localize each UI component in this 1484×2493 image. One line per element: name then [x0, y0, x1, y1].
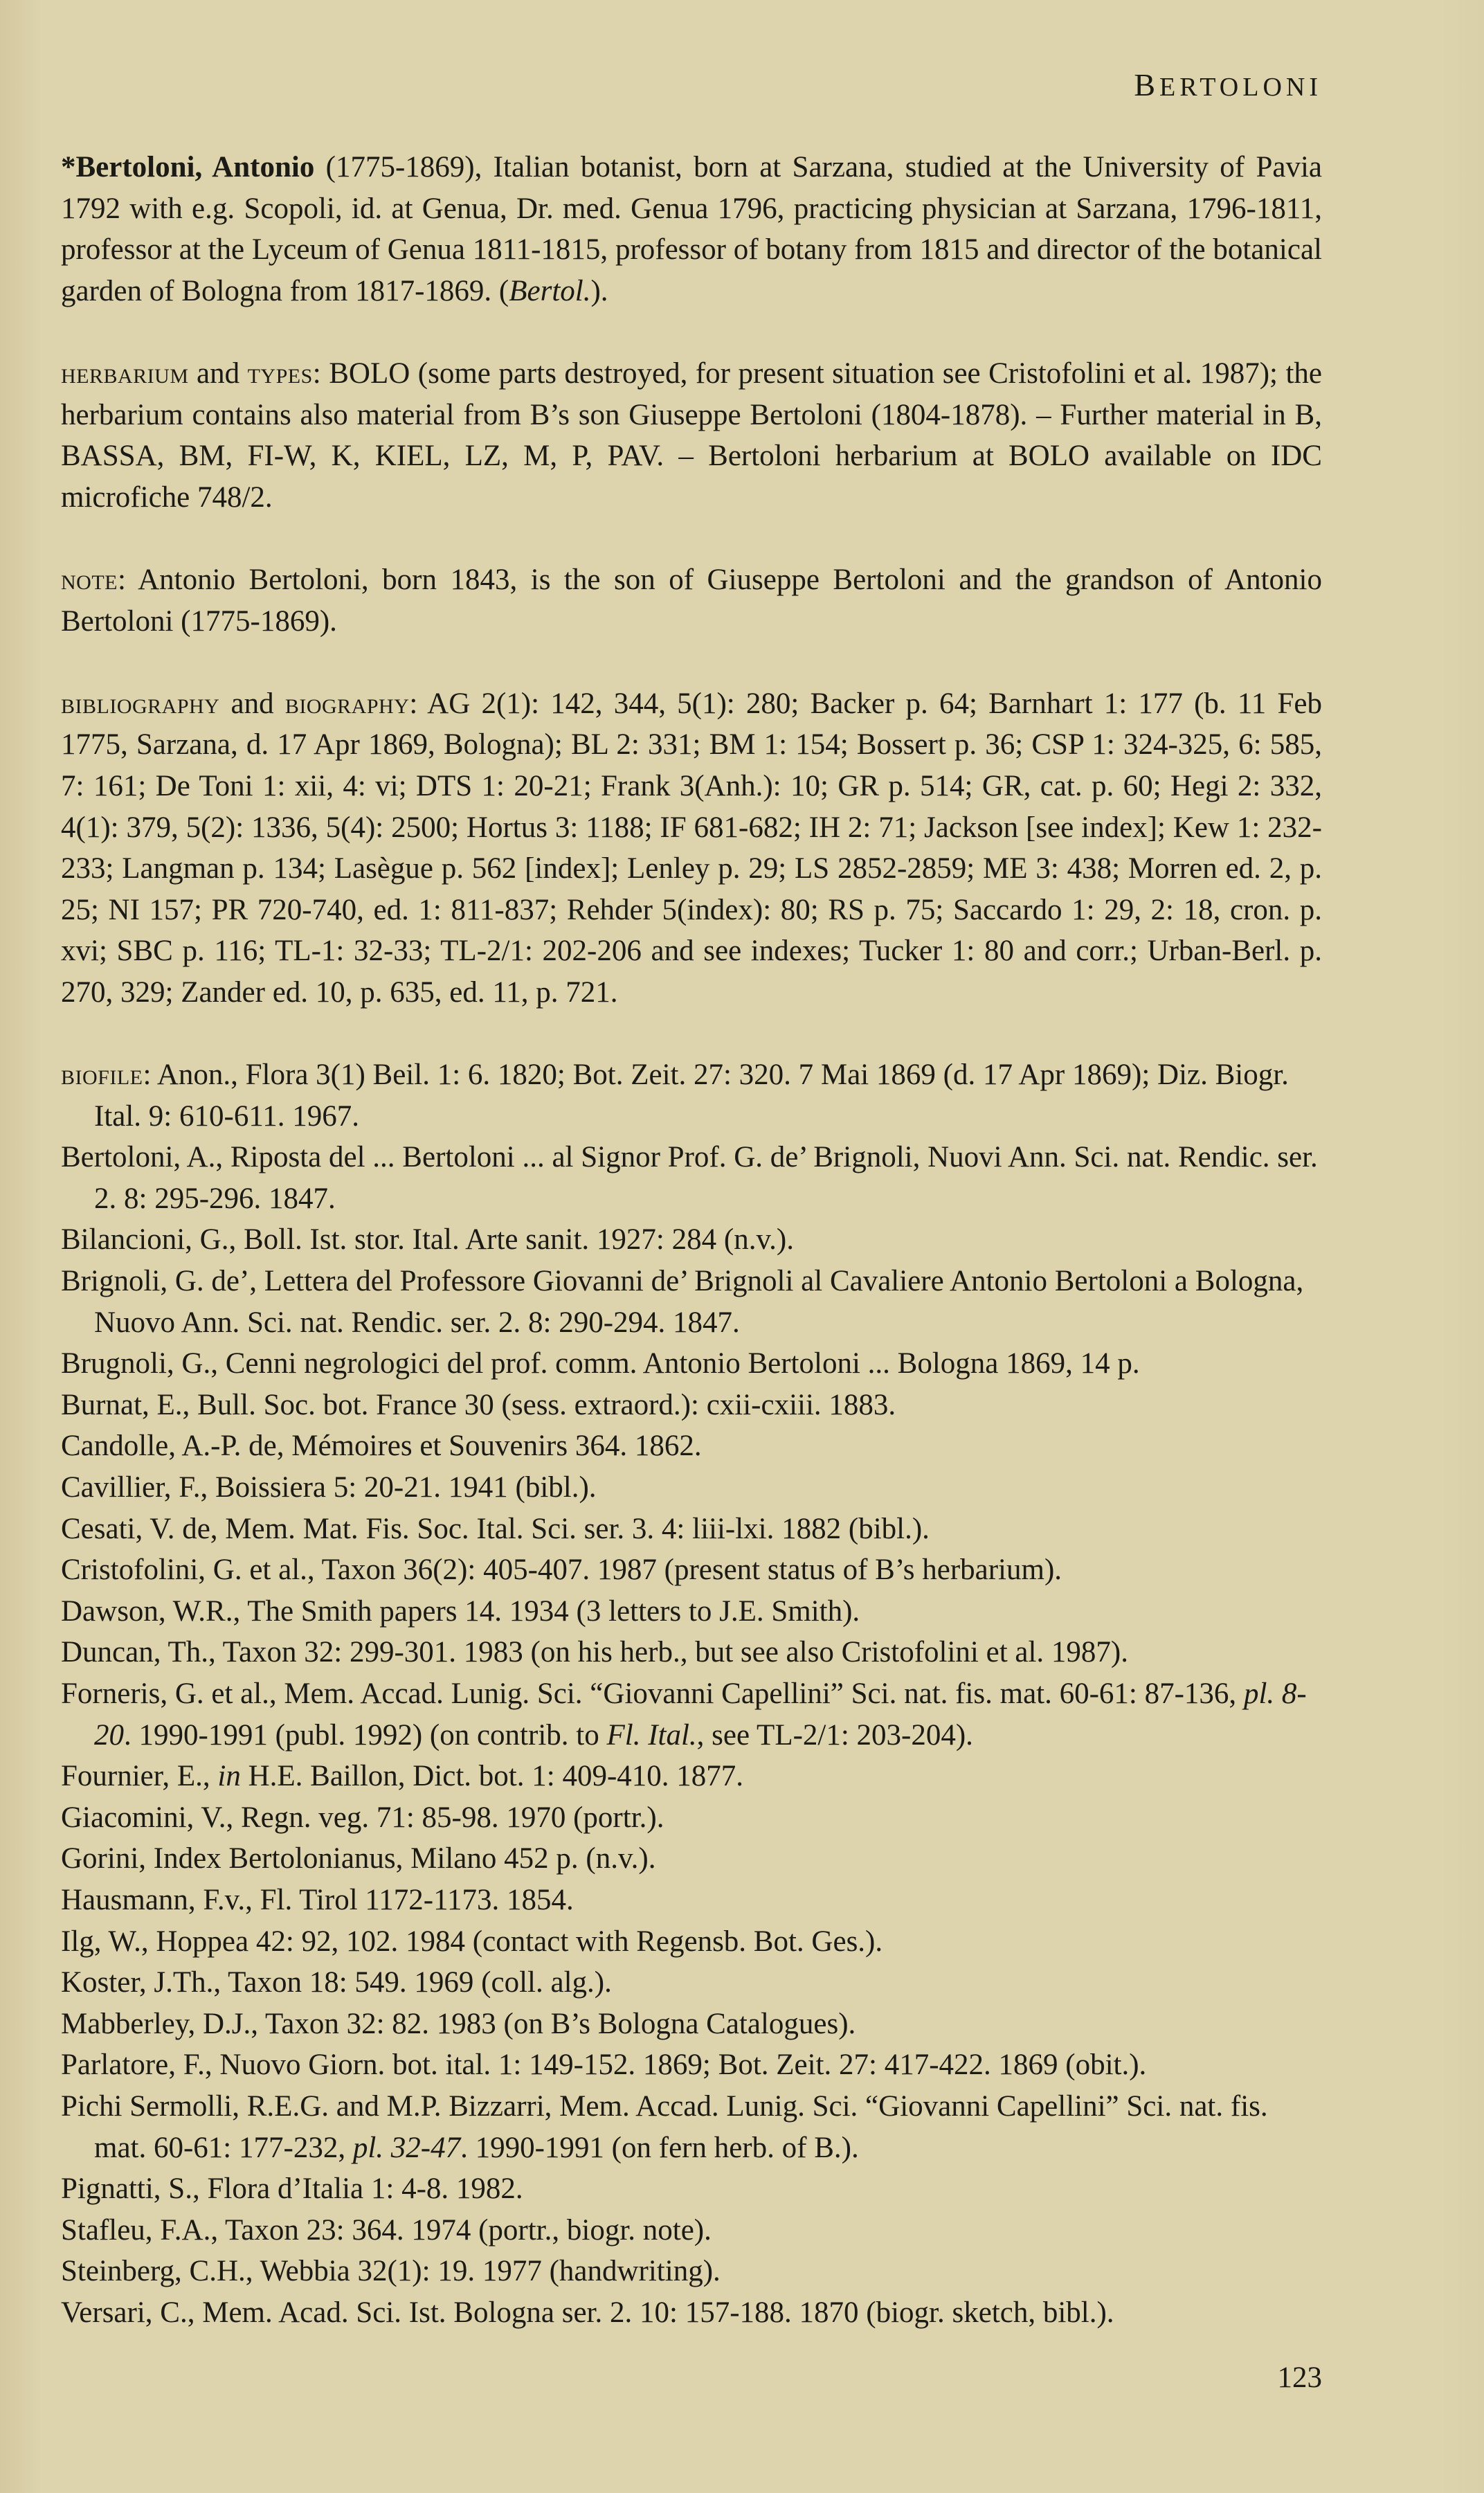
herbarium-label-and: and [189, 357, 248, 390]
biofile-entry-text: Burnat, E., Bull. Soc. bot. France 30 (s… [61, 1389, 896, 1421]
biofile-entry-text: Giacomini, V., Regn. veg. 71: 85-98. 197… [61, 1801, 664, 1834]
biofile-entry-text: Pignatti, S., Flora d’Italia 1: 4-8. 198… [61, 2172, 523, 2205]
types-label: types [248, 357, 313, 390]
biofile-entry: Fournier, E., in H.E. Baillon, Dict. bot… [61, 1756, 1322, 1797]
biofile-entry: Duncan, Th., Taxon 32: 299-301. 1983 (on… [61, 1632, 1322, 1673]
biofile-entry-text: Versari, C., Mem. Acad. Sci. Ist. Bologn… [61, 2296, 1114, 2329]
biofile-entry: Stafleu, F.A., Taxon 23: 364. 1974 (port… [61, 2210, 1322, 2251]
entry-marker: * [61, 151, 76, 183]
biofile-entry-text: Cristofolini, G. et al., Taxon 36(2): 40… [61, 1554, 1062, 1586]
biofile-entry-text: . 1990-1991 (on fern herb. of B.). [460, 2132, 859, 2164]
herbarium-colon: : [313, 357, 321, 390]
biofile-colon: : [143, 1059, 152, 1091]
biofile-entry-text: , see TL-2/1: 203-204). [697, 1719, 973, 1752]
biofile-entry-text: . 1990-1991 (publ. 1992) (on contrib. to [124, 1719, 606, 1752]
biofile-entry-text: Gorini, Index Bertolonianus, Milano 452 … [61, 1842, 655, 1875]
biofile-entry-text: Bertoloni, A., Riposta del ... Bertoloni… [61, 1141, 1318, 1215]
biofile-entry: Giacomini, V., Regn. veg. 71: 85-98. 197… [61, 1797, 1322, 1839]
biofile-entry: Koster, J.Th., Taxon 18: 549. 1969 (coll… [61, 1962, 1322, 2004]
bibliography-label: bibliography [61, 687, 219, 720]
biofile-entry-text: Hausmann, F.v., Fl. Tirol 1172-1173. 185… [61, 1884, 574, 1916]
biofile-entry: Brignoli, G. de’, Lettera del Professore… [61, 1261, 1322, 1343]
biofile-entry: Cesati, V. de, Mem. Mat. Fis. Soc. Ital.… [61, 1509, 1322, 1550]
biofile-entry: Gorini, Index Bertolonianus, Milano 452 … [61, 1838, 1322, 1880]
biofile-entry-text: Parlatore, F., Nuovo Giorn. bot. ital. 1… [61, 2049, 1146, 2081]
entry-content: *Bertoloni, Antonio (1775-1869), Italian… [61, 147, 1322, 2333]
biofile-entry-text: Forneris, G. et al., Mem. Accad. Lunig. … [61, 1677, 1244, 1710]
biofile-entry-text: Koster, J.Th., Taxon 18: 549. 1969 (coll… [61, 1966, 612, 1999]
running-head-initial: B [1134, 67, 1159, 102]
bibliography-colon: : [409, 687, 417, 720]
biofile-entry-text: Dawson, W.R., The Smith papers 14. 1934 … [61, 1595, 860, 1628]
biofile-entry-text: Bilancioni, G., Boll. Ist. stor. Ital. A… [61, 1223, 794, 1256]
biofile-entry-text: Ilg, W., Hoppea 42: 92, 102. 1984 (conta… [61, 1925, 883, 1958]
biofile-entry: Parlatore, F., Nuovo Giorn. bot. ital. 1… [61, 2044, 1322, 2086]
biofile-entry-text: Fournier, E., [61, 1760, 217, 1792]
biofile-entry-italic: pl. 32-47 [353, 2132, 460, 2164]
herbarium-section: herbarium and types: BOLO (some parts de… [61, 353, 1322, 518]
biofile-entry-text: H.E. Baillon, Dict. bot. 1: 409-410. 187… [241, 1760, 743, 1792]
biofile-entry-text: Brugnoli, G., Cenni negrologici del prof… [61, 1347, 1140, 1380]
entry-name: Bertoloni, Antonio [76, 151, 315, 183]
bibliography-text: AG 2(1): 142, 344, 5(1): 280; Backer p. … [61, 687, 1322, 1009]
biofile-entry: Dawson, W.R., The Smith papers 14. 1934 … [61, 1591, 1322, 1632]
biofile-entry-text: Steinberg, C.H., Webbia 32(1): 19. 1977 … [61, 2255, 721, 2287]
biofile-label: biofile [61, 1059, 143, 1091]
biofile-entry-italic: Fl. Ital. [606, 1719, 696, 1752]
entry-intro: *Bertoloni, Antonio (1775-1869), Italian… [61, 147, 1322, 312]
biofile-entry-text: Stafleu, F.A., Taxon 23: 364. 1974 (port… [61, 2214, 712, 2247]
biofile-entry: Hausmann, F.v., Fl. Tirol 1172-1173. 185… [61, 1880, 1322, 1921]
biofile-entry-text: Anon., Flora 3(1) Beil. 1: 6. 1820; Bot.… [94, 1059, 1289, 1133]
biofile-entry: Versari, C., Mem. Acad. Sci. Ist. Bologn… [61, 2292, 1322, 2334]
biofile-entry: Brugnoli, G., Cenni negrologici del prof… [61, 1343, 1322, 1385]
biofile-entry-text: Candolle, A.-P. de, Mémoires et Souvenir… [61, 1430, 702, 1462]
biofile-entry: Pichi Sermolli, R.E.G. and M.P. Bizzarri… [61, 2086, 1322, 2168]
biofile-entry: Steinberg, C.H., Webbia 32(1): 19. 1977 … [61, 2251, 1322, 2292]
entry-abbreviation: Bertol. [509, 275, 590, 307]
entry-text-end: ). [590, 275, 608, 307]
biofile-entry-text: Brignoli, G. de’, Lettera del Professore… [61, 1265, 1303, 1339]
biofile-entry: Cavillier, F., Boissiera 5: 20-21. 1941 … [61, 1467, 1322, 1509]
bibliography-section: bibliography and biography: AG 2(1): 142… [61, 683, 1322, 1014]
biofile-entry: Cristofolini, G. et al., Taxon 36(2): 40… [61, 1549, 1322, 1591]
biofile-entry-text: Cesati, V. de, Mem. Mat. Fis. Soc. Ital.… [61, 1513, 930, 1545]
biography-label: biography [285, 687, 410, 720]
note-section: note: Antonio Bertoloni, born 1843, is t… [61, 559, 1322, 642]
biofile-entry: Bilancioni, G., Boll. Ist. stor. Ital. A… [61, 1219, 1322, 1261]
herbarium-label: herbarium [61, 357, 189, 390]
running-head: BERTOLONI [1134, 69, 1322, 103]
biofile-list: biofile: Anon., Flora 3(1) Beil. 1: 6. 1… [61, 1054, 1322, 2333]
note-colon: : [118, 564, 126, 596]
bibliography-label-and: and [219, 687, 284, 720]
biofile-entry: biofile: Anon., Flora 3(1) Beil. 1: 6. 1… [61, 1054, 1322, 1137]
biofile-entry: Mabberley, D.J., Taxon 32: 82. 1983 (on … [61, 2004, 1322, 2045]
note-label: note [61, 564, 118, 596]
biofile-entry-text: Cavillier, F., Boissiera 5: 20-21. 1941 … [61, 1471, 597, 1504]
biofile-entry: Bertoloni, A., Riposta del ... Bertoloni… [61, 1137, 1322, 1219]
biofile-entry: Ilg, W., Hoppea 42: 92, 102. 1984 (conta… [61, 1921, 1322, 1963]
biofile-entry: Burnat, E., Bull. Soc. bot. France 30 (s… [61, 1385, 1322, 1426]
biofile-entry-italic: in [217, 1760, 240, 1792]
biofile-entry: Candolle, A.-P. de, Mémoires et Souvenir… [61, 1425, 1322, 1467]
page-number: 123 [1278, 2361, 1323, 2395]
running-head-rest: ERTOLONI [1159, 73, 1322, 102]
note-text: Antonio Bertoloni, born 1843, is the son… [61, 564, 1322, 638]
biofile-entry-text: Duncan, Th., Taxon 32: 299-301. 1983 (on… [61, 1636, 1128, 1668]
biofile-entry: Pignatti, S., Flora d’Italia 1: 4-8. 198… [61, 2168, 1322, 2210]
biofile-entry-text: Mabberley, D.J., Taxon 32: 82. 1983 (on … [61, 2008, 856, 2040]
biofile-entry: Forneris, G. et al., Mem. Accad. Lunig. … [61, 1673, 1322, 1756]
